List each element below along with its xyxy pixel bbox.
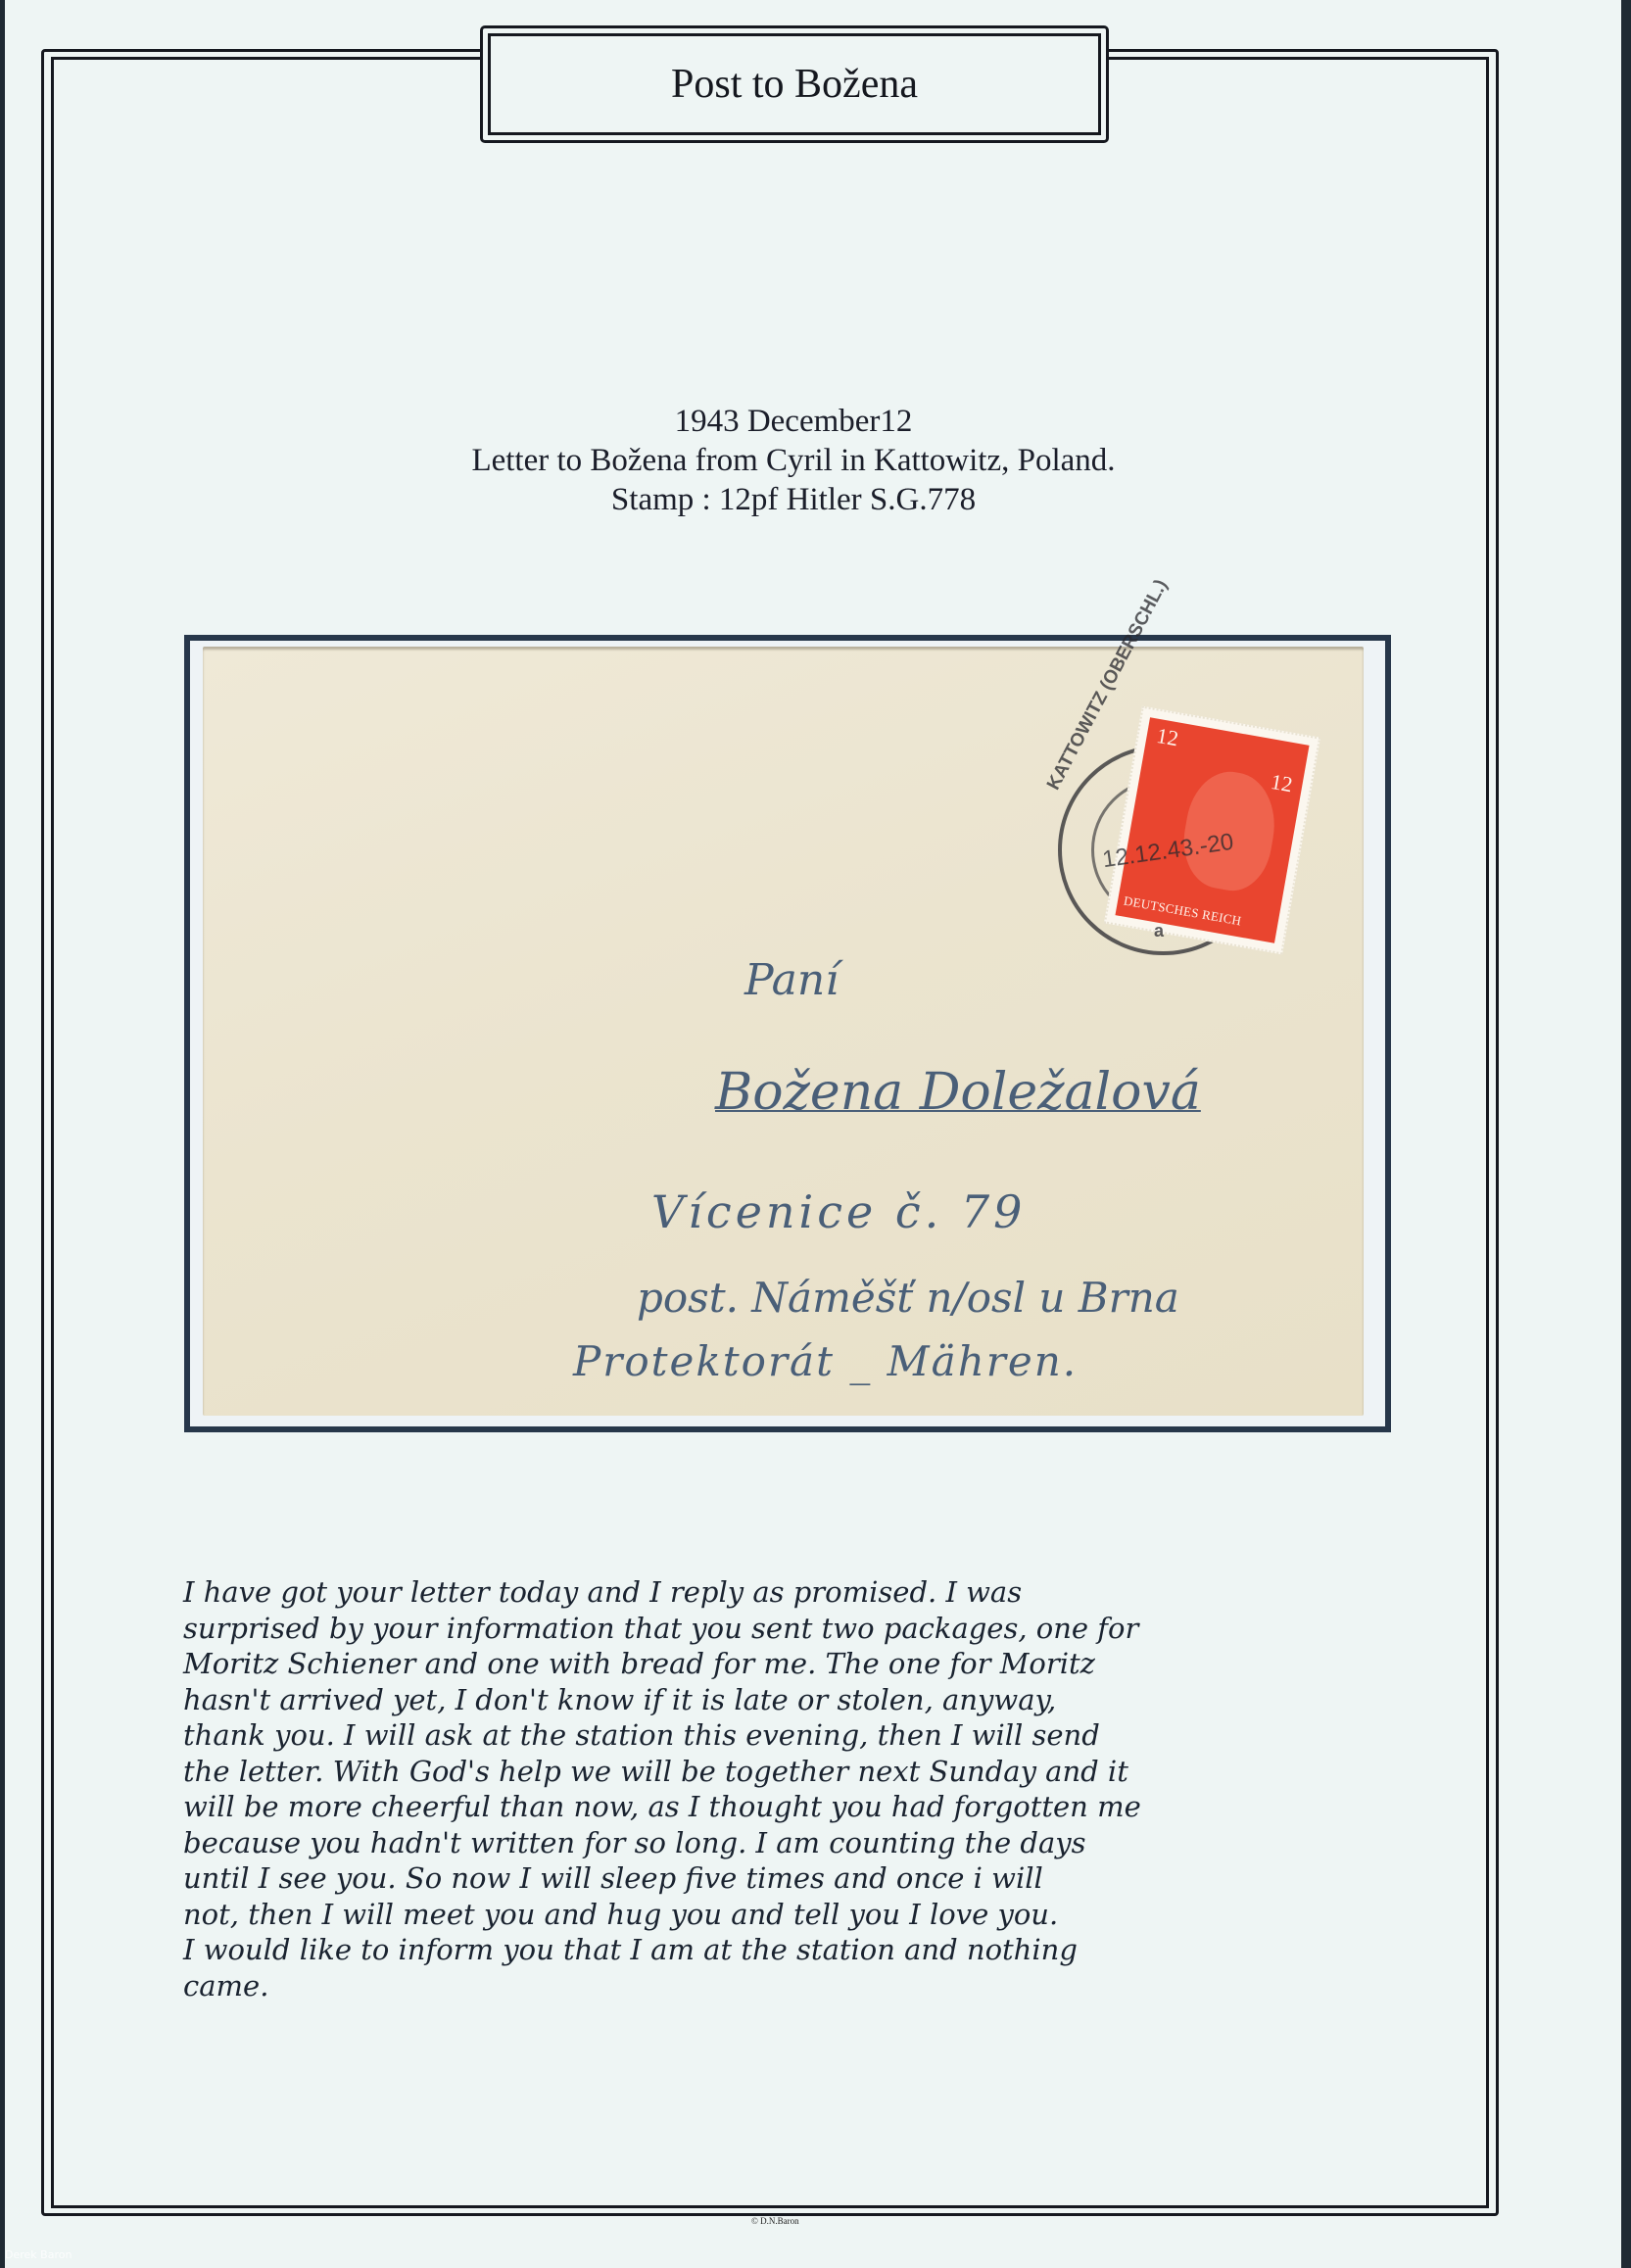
letter-line: until I see you. So now I will sleep fiv… bbox=[183, 1860, 1398, 1897]
watermark: Derek Baron bbox=[5, 2248, 72, 2261]
copyright: © D.N.Baron bbox=[751, 2216, 799, 2226]
stamp-value-left: 12 bbox=[1155, 723, 1180, 751]
address-line: post. Náměšť n/osl u Brna bbox=[637, 1274, 1179, 1322]
letter-line: will be more cheerful than now, as I tho… bbox=[183, 1789, 1398, 1825]
address-line: Protektorát _ Mähren. bbox=[573, 1337, 1078, 1385]
letter-transcription: I have got your letter today and I reply… bbox=[183, 1574, 1398, 2003]
letter-line: I have got your letter today and I reply… bbox=[183, 1574, 1398, 1611]
letter-line: surprised by your information that you s… bbox=[183, 1611, 1398, 1647]
letter-line: the letter. With God's help we will be t… bbox=[183, 1754, 1398, 1790]
caption-date: 1943 December12 bbox=[0, 402, 1587, 441]
stamp-country: DEUTSCHES REICH bbox=[1123, 893, 1243, 930]
letter-line: not, then I will meet you and hug you an… bbox=[183, 1897, 1398, 1933]
caption-stamp: Stamp : 12pf Hitler S.G.778 bbox=[0, 480, 1587, 519]
scan-edge-right bbox=[1621, 0, 1631, 2268]
letter-line: Moritz Schiener and one with bread for m… bbox=[183, 1646, 1398, 1682]
caption-description: Letter to Božena from Cyril in Kattowitz… bbox=[0, 441, 1587, 480]
stamp-value-right: 12 bbox=[1269, 769, 1294, 797]
caption: 1943 December12 Letter to Božena from Cy… bbox=[0, 402, 1587, 519]
letter-line: came. bbox=[183, 1968, 1398, 2004]
title-box-inner: Post to Božena bbox=[488, 33, 1101, 135]
letter-line: because you hadn't written for so long. … bbox=[183, 1825, 1398, 1861]
address-line: Vícenice č. 79 bbox=[651, 1185, 1026, 1238]
scan-edge-left bbox=[0, 0, 5, 2268]
letter-line: I would like to inform you that I am at … bbox=[183, 1932, 1398, 1968]
postmark-letter: a bbox=[1154, 921, 1164, 941]
address-line: Božena Doležalová bbox=[715, 1063, 1201, 1122]
page-title: Post to Božena bbox=[671, 61, 918, 108]
letter-line: hasn't arrived yet, I don't know if it i… bbox=[183, 1682, 1398, 1718]
address-line: Paní bbox=[744, 955, 839, 1005]
letter-line: thank you. I will ask at the station thi… bbox=[183, 1717, 1398, 1754]
